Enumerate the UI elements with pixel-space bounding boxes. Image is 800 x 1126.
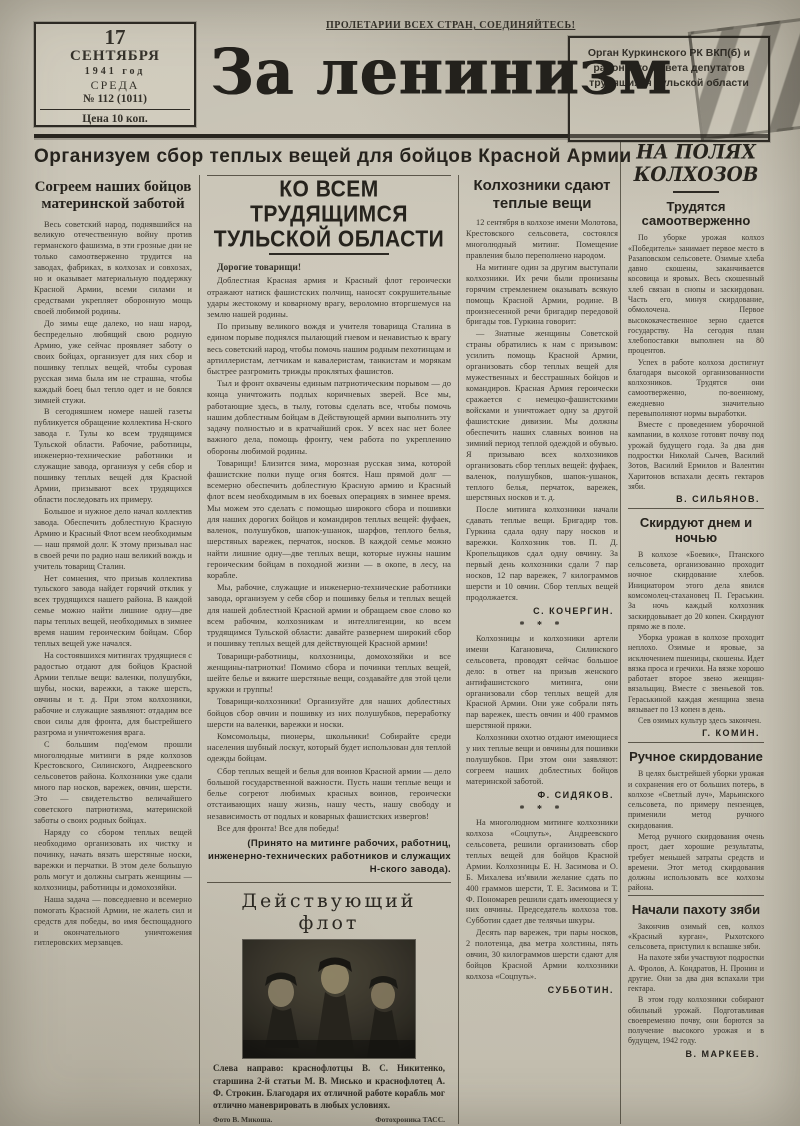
issue-number: № 112 (1011) — [40, 92, 190, 110]
paragraph: Вместе с проведением уборочной кампании,… — [628, 420, 764, 492]
article-title-text: Скирдуют днем и ночью — [640, 515, 752, 545]
title-area: ПРОЛЕТАРИИ ВСЕХ СТРАН, СОЕДИНЯЙТЕСЬ! За … — [196, 14, 568, 132]
paragraph: Колхозницы и колхозники артели имени Каг… — [466, 634, 618, 732]
signature-markeev: В. МАРКЕЕВ. — [628, 1049, 760, 1059]
appeal-signature: (Принято на митинге рабочих, работниц, и… — [207, 838, 451, 876]
date-weekday: СРЕДА — [40, 78, 190, 92]
paragraph: Весь советский народ, поднявшийся на вел… — [34, 220, 192, 318]
paragraph: По уборке урожая колхоз «Победитель» зан… — [628, 233, 764, 356]
appeal-body: Доблестная Красная армия и Красный флот … — [207, 275, 451, 834]
price: Цена 10 коп. — [40, 110, 190, 125]
signature-silyanov: В. СИЛЬЯНОВ. — [628, 494, 760, 504]
paragraph: В этом году колхозники собирают обильный… — [628, 995, 764, 1046]
paragraph: В колхозе «Боевик», Птанского сельсовета… — [628, 550, 764, 632]
paragraph: Сбор теплых вещей и белья для воинов Кра… — [207, 766, 451, 822]
paragraph: Все для фронта! Все для победы! — [207, 823, 451, 834]
paragraph: Товарищи-работницы, колхозницы, домохозя… — [207, 651, 451, 696]
paragraph: Тыл и фронт охвачены единым патриотическ… — [207, 378, 451, 457]
article-rule-1 — [628, 508, 764, 509]
columns: Согреем наших бойцов материнской заботой… — [34, 175, 620, 1124]
masthead: 17 СЕНТЯБРЯ 1941 год СРЕДА № 112 (1011) … — [34, 14, 770, 132]
paragraph: Сев озимых культур здесь закончен. — [628, 716, 764, 726]
article-body-ruchnoe: В целях быстрейшей уборки урожая и сохра… — [628, 769, 764, 893]
column-fields: НА ПОЛЯХ КОЛХОЗОВ Трудятся самоотверженн… — [620, 141, 764, 1124]
paragraph: Комсомольцы, пионеры, школьники! Собирай… — [207, 731, 451, 765]
paragraph: Мы, рабочие, служащие и инженерно-технич… — [207, 582, 451, 649]
paragraph: Товарищи! Близится зима, морозная русска… — [207, 458, 451, 581]
paragraph: — Знатные женщины Советской страны обрат… — [466, 329, 618, 504]
paragraph: После митинга колхозники начали сдавать … — [466, 505, 618, 603]
content: Организуем сбор теплых вещей для бойцов … — [34, 141, 770, 1124]
paragraph: Успех в работе колхоза достигнут благода… — [628, 358, 764, 420]
appeal-title-line2: ТУЛЬСКОЙ ОБЛАСТИ — [214, 227, 445, 252]
paragraph: Метод ручного скирдования очень прост, д… — [628, 832, 764, 894]
section-separator: * * * — [466, 620, 618, 631]
paragraph: В целях быстрейшей уборки урожая и сохра… — [628, 769, 764, 831]
photo-credits: Фото В. Микоша. Фотохроника ТАСС. — [213, 1115, 445, 1124]
photo-caption: Слева направо: краснофлотцы В. С. Никите… — [213, 1062, 445, 1111]
date-day: 17 — [40, 27, 190, 48]
appeal-top-rule — [207, 175, 451, 176]
article-body-skirduyut: В колхозе «Боевик», Птанского сельсовета… — [628, 550, 764, 727]
appeal-salutation: Дорогие товарищи! — [207, 263, 451, 273]
kolkhoz-section-1: 12 сентября в колхозе имени Молотова, Кр… — [466, 218, 618, 604]
column-editorial: Согреем наших бойцов материнской заботой… — [34, 175, 200, 1124]
signature-komin: Г. КОМИН. — [628, 728, 760, 738]
main-area: Организуем сбор теплых вещей для бойцов … — [34, 141, 620, 1124]
paragraph: Уборка урожая в колхозе проходит неплохо… — [628, 633, 764, 715]
paragraph: Нет сомнения, что призыв коллектива туль… — [34, 574, 192, 651]
fleet-title: Действующий флот — [207, 890, 451, 934]
section-separator-2: * * * — [466, 804, 618, 815]
newspaper-title: За ленинизм — [210, 36, 672, 110]
kolkhoz-section-2: Колхозницы и колхозники артели имени Каг… — [466, 634, 618, 788]
kolkhoz-title-line2: теплые вещи — [493, 195, 592, 212]
paragraph: 12 сентября в колхозе имени Молотова, Кр… — [466, 218, 618, 262]
article-title-trudyatsya: Трудятся самоотверженно — [628, 200, 764, 230]
fields-header-line1: НА ПОЛЯХ — [636, 142, 756, 164]
fields-header-line2: КОЛХОЗОВ — [634, 164, 759, 186]
article-title-skirduyut: Скирдуют днем и ночью — [628, 516, 764, 546]
article-body-trudyatsya: По уборке урожая колхоз «Победитель» зан… — [628, 233, 764, 492]
paragraph: Наряду со сбором теплых вещей необходимо… — [34, 828, 192, 894]
paragraph: На пахоте зяби участвуют подростки А. Фр… — [628, 953, 764, 994]
paragraph: До зимы еще далеко, но наш народ, беспре… — [34, 319, 192, 407]
editorial-title: Согреем наших бойцов материнской заботой — [34, 179, 192, 214]
article-rule-2 — [628, 742, 764, 743]
paragraph: С большим под'емом прошли многолюдные ми… — [34, 740, 192, 828]
paragraph: Товарищи-колхозники! Организуйте для наш… — [207, 696, 451, 730]
paragraph: На митинге один за другим выступали колх… — [466, 263, 618, 329]
paragraph: Колхозники охотно отдают имеющиеся у них… — [466, 733, 618, 788]
signature-sidyakov: Ф. СИДЯКОВ. — [466, 790, 614, 800]
fields-header: НА ПОЛЯХ КОЛХОЗОВ — [628, 142, 764, 187]
editorial-body: Весь советский народ, поднявшийся на вел… — [34, 220, 192, 950]
signature-kochergin: С. КОЧЕРГИН. — [466, 606, 614, 616]
editorial-title-line1: Согреем наших бойцов — [35, 179, 192, 195]
sailors-photo — [243, 940, 415, 1058]
article-title-text: Ручное скирдование — [629, 749, 763, 764]
appeal-title-line1: КО ВСЕМ ТРУДЯЩИМСЯ — [250, 177, 408, 227]
article-title-text: Начали пахоту зяби — [632, 902, 760, 917]
appeal-title-rule — [269, 253, 389, 255]
paragraph: На состоявшихся митингах трудящиеся с ра… — [34, 651, 192, 739]
paragraph: Большое и нужное дело начал коллектив за… — [34, 507, 192, 573]
banner-headline: Организуем сбор теплых вещей для бойцов … — [34, 141, 620, 175]
column-appeal: КО ВСЕМ ТРУДЯЩИМСЯ ТУЛЬСКОЙ ОБЛАСТИ Доро… — [200, 175, 459, 1124]
page-inner: 17 СЕНТЯБРЯ 1941 год СРЕДА № 112 (1011) … — [34, 14, 770, 1124]
appeal-title: КО ВСЕМ ТРУДЯЩИМСЯ ТУЛЬСКОЙ ОБЛАСТИ — [207, 177, 451, 252]
column-kolkhoz-news: Колхозники сдают теплые вещи 12 сентября… — [459, 175, 618, 1124]
photo-credit-author: Фото В. Микоша. — [213, 1115, 272, 1124]
paragraph: Доблестная Красная армия и Красный флот … — [207, 275, 451, 320]
fleet-section-rule — [207, 882, 451, 883]
date-box: 17 СЕНТЯБРЯ 1941 год СРЕДА № 112 (1011) … — [34, 22, 196, 127]
paragraph: В сегодняшнем номере нашей газеты публик… — [34, 407, 192, 505]
editorial-title-line2: материнской заботой — [41, 196, 184, 212]
paragraph: По призыву великого вождя и учителя това… — [207, 321, 451, 377]
fields-header-rule — [673, 191, 719, 193]
paragraph: Наша задача — повседневно и всемерно пом… — [34, 895, 192, 950]
newspaper-page: 17 СЕНТЯБРЯ 1941 год СРЕДА № 112 (1011) … — [0, 0, 800, 1126]
kolkhoz-section-3: На многолюдном митинге колхозники колхоз… — [466, 818, 618, 983]
paragraph: Десять пар варежек, три пары носков, 2 п… — [466, 928, 618, 983]
article-title-pahota: Начали пахоту зяби — [628, 903, 764, 918]
paragraph: На многолюдном митинге колхозники колхоз… — [466, 818, 618, 927]
article-title-text: Трудятся самоотверженно — [642, 199, 751, 229]
article-body-pahota: Закончив озимый сев, колхоз «Красный кур… — [628, 922, 764, 1047]
kolkhoz-title: Колхозники сдают теплые вещи — [466, 177, 618, 213]
date-year: 1941 год — [40, 65, 190, 78]
date-month: СЕНТЯБРЯ — [40, 48, 190, 65]
paragraph: Закончив озимый сев, колхоз «Красный кур… — [628, 922, 764, 953]
slogan: ПРОЛЕТАРИИ ВСЕХ СТРАН, СОЕДИНЯЙТЕСЬ! — [326, 20, 568, 31]
kolkhoz-title-line1: Колхозники сдают — [473, 177, 610, 194]
article-rule-3 — [628, 895, 764, 896]
photo-credit-agency: Фотохроника ТАСС. — [375, 1115, 445, 1124]
article-title-ruchnoe: Ручное скирдование — [628, 750, 764, 765]
signature-subbotin: СУББОТИН. — [466, 985, 614, 995]
